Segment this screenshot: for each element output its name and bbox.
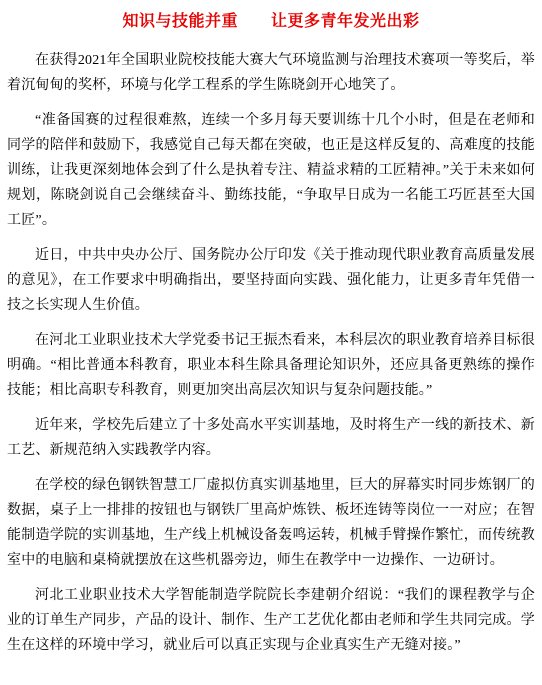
article-paragraph-award: 在获得2021年全国职业院校技能大赛大气环境监测与治理技术赛项一等奖后，举着沉甸… <box>7 48 535 98</box>
article: 知识与技能并重 让更多青年发光出彩 在获得2021年全国职业院校技能大赛大气环境… <box>0 0 542 685</box>
article-paragraph-training-bases: 近年来，学校先后建立了十多处高水平实训基地，及时将生产一线的新技术、新工艺、新规… <box>7 413 535 463</box>
article-title: 知识与技能并重 让更多青年发光出彩 <box>7 11 535 33</box>
article-paragraph-dean-quote: 河北工业职业技术大学智能制造学院院长李建朝介绍说：“我们的课程教学与企业的订单生… <box>7 583 535 658</box>
page: { "colors": { "background": "#ffffff", "… <box>0 0 542 685</box>
article-paragraph-secretary-quote: 在河北工业职业技术大学党委书记王振杰看来，本科层次的职业教育培养目标很明确。“相… <box>7 328 535 403</box>
article-paragraph-policy: 近日，中共中央办公厅、国务院办公厅印发《关于推动现代职业教育高质量发展的意见》，… <box>7 243 535 318</box>
article-paragraph-training-quote: “准备国赛的过程很难熬，连续一个多月每天要训练十几个小时，但是在老师和同学的陪伴… <box>7 108 535 233</box>
article-paragraph-smart-factory: 在学校的绿色钢铁智慧工厂虚拟仿真实训基地里，巨大的屏幕实时同步炼钢厂的数据，桌子… <box>7 473 535 573</box>
